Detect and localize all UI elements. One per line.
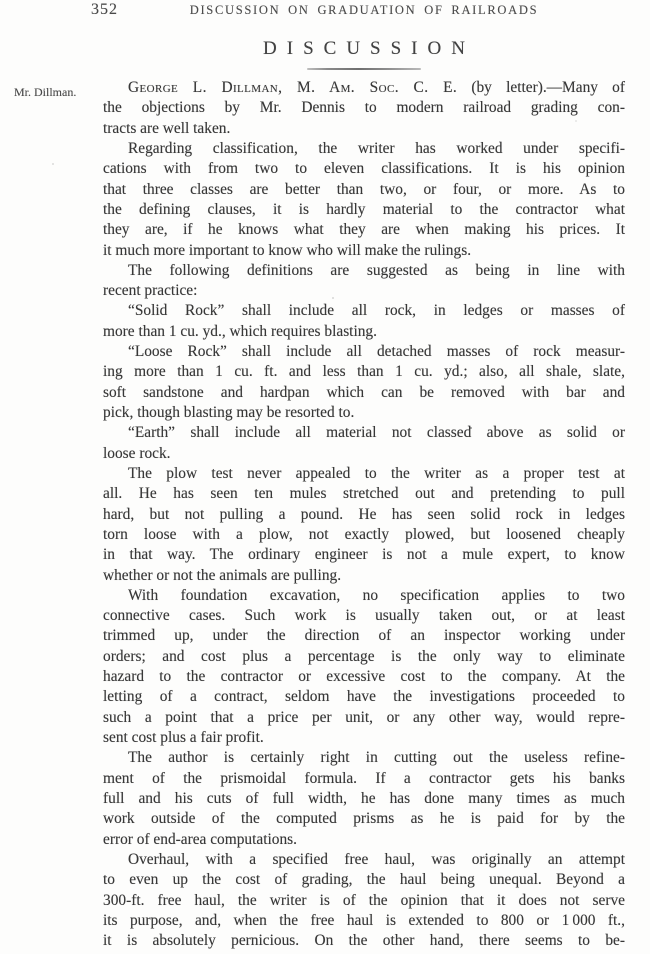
text-line: the objections by Mr. Dennis to modern r… [103,98,625,118]
text-line: error of end-area computations. [103,830,625,850]
text-line: Overhaul, with a specified free haul, wa… [103,850,625,870]
running-head: DISCUSSION ON GRADUATION OF RAILROADS [103,3,625,18]
paragraph: The plow test never appealed to the writ… [103,464,625,586]
paragraph: Overhaul, with a specified free haul, wa… [103,850,625,952]
text-line: Regarding classification, the writer has… [103,139,625,159]
text-line: such a point that a price per unit, or a… [103,708,625,728]
text-line: soft sandstone and hardpan which can be … [103,383,625,403]
text-line: that three classes are better than two, … [103,180,625,200]
lead-text: (by letter).—Many of [457,79,625,96]
text-line: it much more important to know who will … [103,241,625,261]
text-line: to even up the cost of grading, the haul… [103,870,625,890]
text-line: pick, though blasting may be resorted to… [103,403,625,423]
text-line: hazard to the contractor or excessive co… [103,667,625,687]
paragraph: “Solid Rock” shall include all rock, in … [103,301,625,342]
scanned-page: 352 DISCUSSION ON GRADUATION OF RAILROAD… [0,0,650,954]
text-line: sent cost plus a fair profit. [103,728,625,748]
paragraph: With foundation excavation, no specifica… [103,586,625,749]
text-line: The author is certainly right in cutting… [103,748,625,768]
text-line: “Earth” shall include all material not c… [103,423,625,443]
text-line: “Loose Rock” shall include all detached … [103,342,625,362]
text-line: orders; and cost plus a percentage is th… [103,647,625,667]
paragraph: “Earth” shall include all material not c… [103,423,625,464]
text-line: the defining clauses, it is hardly mater… [103,200,625,220]
text-line: The plow test never appealed to the writ… [103,464,625,484]
text-line: cations with from two to eleven classifi… [103,159,625,179]
text-line: they are, if he knows what they are when… [103,220,625,240]
section-title: DISCUSSION [103,38,625,60]
text-line: in that way. The ordinary engineer is no… [103,545,625,565]
text-line: work outside of the computed prisms as h… [103,809,625,829]
title-rule [307,68,421,70]
text-line: its purpose, and, when the free haul is … [103,911,625,931]
text-line: tracts are well taken. [103,119,625,139]
text-line: With foundation excavation, no specifica… [103,586,625,606]
text-line: all. He has seen ten mules stretched out… [103,484,625,504]
paragraph: George L. Dillman, M. Am. Soc. C. E. (by… [103,78,625,139]
text-line: George L. Dillman, M. Am. Soc. C. E. (by… [103,78,625,98]
text-line: more than 1 cu. yd., which requires blas… [103,322,625,342]
text-line: it is absolutely pernicious. On the othe… [103,931,625,951]
paragraph: Regarding classification, the writer has… [103,139,625,261]
text-line: whether or not the animals are pulling. [103,566,625,586]
author-name: George L. Dillman, M. Am. Soc. C. E. [128,79,457,96]
text-block: George L. Dillman, M. Am. Soc. C. E. (by… [103,78,625,951]
text-line: trimmed up, under the direction of an in… [103,626,625,646]
text-line: connective cases. Such work is usually t… [103,606,625,626]
paragraph: “Loose Rock” shall include all detached … [103,342,625,423]
margin-note-speaker: Mr. Dillman. [14,85,76,100]
text-line: torn loose with a plow, not exactly plow… [103,525,625,545]
text-line: letting of a contract, seldom have the i… [103,687,625,707]
text-line: loose rock. [103,444,625,464]
text-line: The following definitions are suggested … [103,261,625,281]
text-line: recent practice: [103,281,625,301]
text-line: 300-ft. free haul, the writer is of the … [103,891,625,911]
text-line: ing more than 1 cu. ft. and less than 1 … [103,362,625,382]
paragraph: The author is certainly right in cutting… [103,748,625,850]
text-line: full and his cuts of full width, he has … [103,789,625,809]
text-line: ment of the prismoidal formula. If a con… [103,769,625,789]
text-line: hard, but not pulling a pound. He has se… [103,505,625,525]
paragraph: The following definitions are suggested … [103,261,625,302]
text-line: “Solid Rock” shall include all rock, in … [103,301,625,321]
